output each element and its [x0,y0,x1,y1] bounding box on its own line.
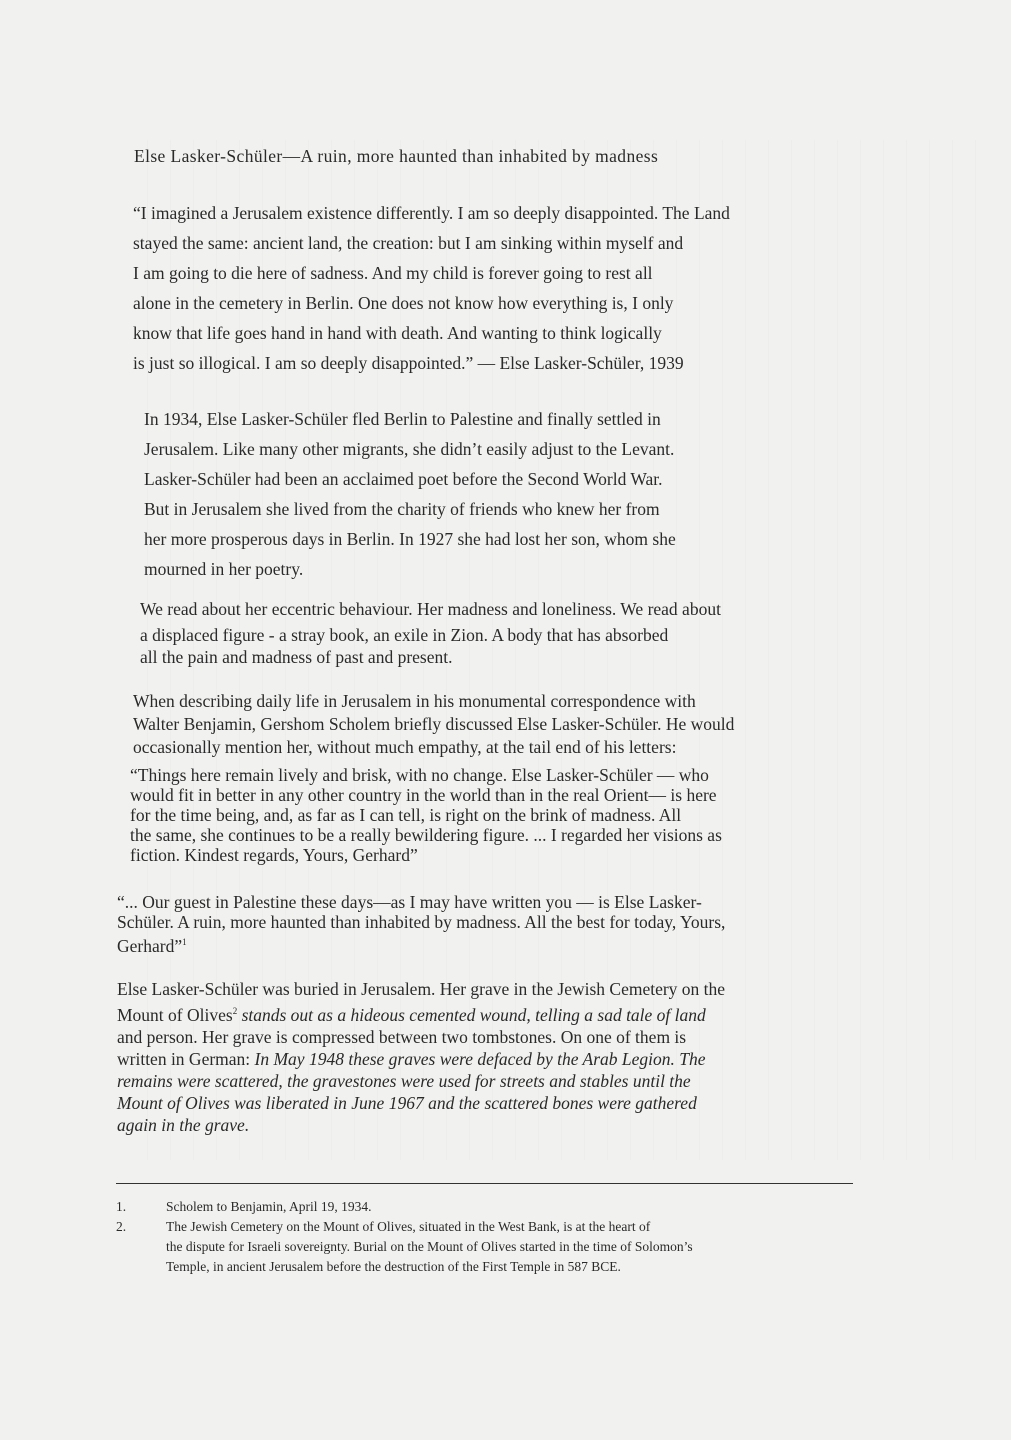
german-inscription-start: In May 1948 these graves were defaced by… [255,1049,706,1069]
footnote-2: 2. The Jewish Cemetery on the Mount of O… [116,1217,976,1277]
paragraph-line: mourned in her poetry. [144,554,964,584]
paragraph-line: But in Jerusalem she lived from the char… [144,494,964,524]
footnote-text: Scholem to Benjamin, April 19, 1934. [166,1197,976,1217]
quote-line: Schüler. A ruin, more haunted than inhab… [117,912,952,932]
footnote-ref-1[interactable]: 1 [182,937,187,947]
quote-guest: “... Our guest in Palestine these days—a… [117,892,952,956]
paragraph-1934: In 1934, Else Lasker-Schüler fled Berlin… [144,404,964,584]
quote-1939: “I imagined a Jerusalem existence differ… [133,198,968,378]
paragraph-line: Else Lasker-Schüler was buried in Jerusa… [117,978,952,1000]
quote-1939-line: I am going to die here of sadness. And m… [133,258,968,288]
paragraph-grave: Else Lasker-Schüler was buried in Jerusa… [117,978,952,1136]
footnotes: 1. Scholem to Benjamin, April 19, 1934. … [116,1197,976,1277]
german-inscription-line: Mount of Olives was liberated in June 19… [117,1092,952,1114]
quote-1939-line: stayed the same: ancient land, the creat… [133,228,968,258]
quote-1939-line: is just so illogical. I am so deeply dis… [133,348,968,378]
paragraph-eccentric: We read about her eccentric behaviour. H… [140,594,975,672]
quote-line: “... Our guest in Palestine these days—a… [117,892,952,912]
paragraph-line: When describing daily life in Jerusalem … [133,690,968,713]
quote-line: the same, she continues to be a really b… [130,825,965,845]
footnote-1: 1. Scholem to Benjamin, April 19, 1934. [116,1197,976,1217]
quote-line: would fit in better in any other country… [130,785,965,805]
quote-things: “Things here remain lively and brisk, wi… [130,765,965,865]
paragraph-line: Jerusalem. Like many other migrants, she… [144,434,964,464]
paragraph-line: Mount of Olives2 stands out as a hideous… [117,1000,952,1026]
paragraph-line: Walter Benjamin, Gershom Scholem briefly… [133,713,968,736]
german-inscription-line: remains were scattered, the gravestones … [117,1070,952,1092]
footnote-number: 1. [116,1197,166,1217]
quote-line: fiction. Kindest regards, Yours, Gerhard… [130,845,965,865]
quote-1939-line: know that life goes hand in hand with de… [133,318,968,348]
paragraph-line: In 1934, Else Lasker-Schüler fled Berlin… [144,404,964,434]
paragraph-line: Lasker-Schüler had been an acclaimed poe… [144,464,964,494]
quote-line: Gerhard”1 [117,932,952,956]
paragraph-line: and person. Her grave is compressed betw… [117,1026,952,1048]
quote-1939-line: “I imagined a Jerusalem existence differ… [133,198,968,228]
quote-line: for the time being, and, as far as I can… [130,805,965,825]
quote-1939-line: alone in the cemetery in Berlin. One doe… [133,288,968,318]
document-page: Else Lasker-Schüler—A ruin, more haunted… [0,0,1011,1440]
paragraph-line: occasionally mention her, without much e… [133,736,968,759]
paragraph-line: her more prosperous days in Berlin. In 1… [144,524,964,554]
footnote-text: The Jewish Cemetery on the Mount of Oliv… [166,1217,976,1277]
paragraph-scholem: When describing daily life in Jerusalem … [133,690,968,759]
quote-line: “Things here remain lively and brisk, wi… [130,765,965,785]
footnote-number: 2. [116,1217,166,1277]
document-title: Else Lasker-Schüler—A ruin, more haunted… [134,146,658,167]
paragraph-line: written in German: In May 1948 these gra… [117,1048,952,1070]
footnote-divider [116,1183,853,1184]
german-inscription-line: again in the grave. [117,1114,952,1136]
